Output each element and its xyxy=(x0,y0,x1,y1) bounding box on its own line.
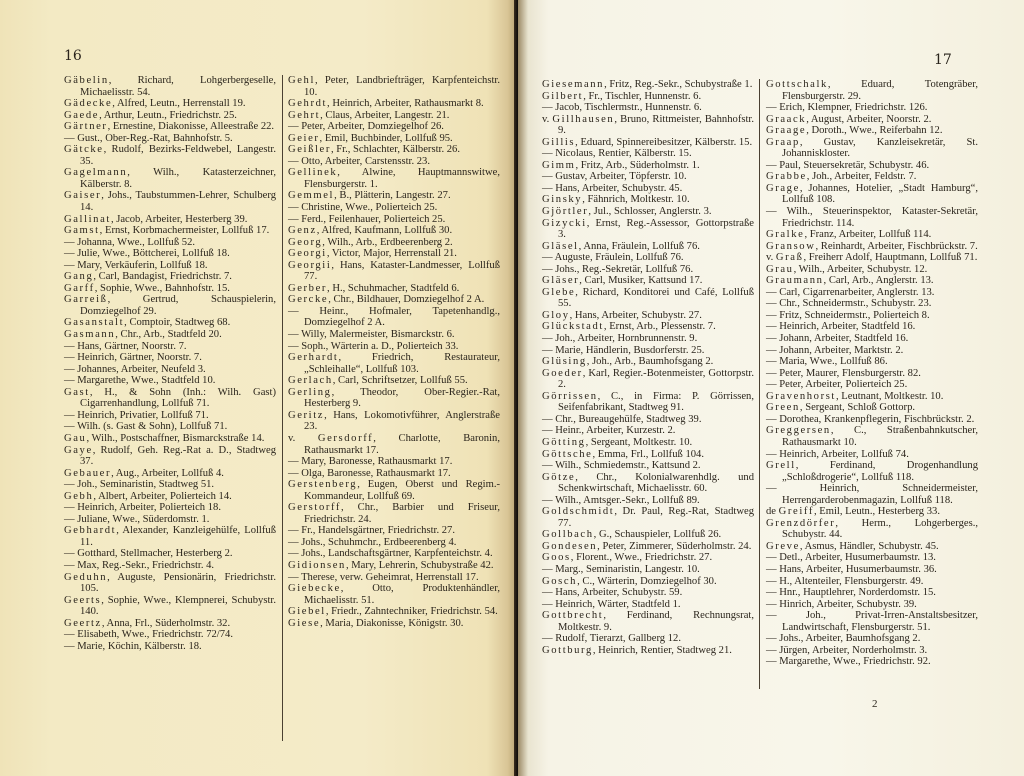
ditto-dash: — xyxy=(542,252,555,263)
directory-entry: Göttsche, Emma, Frl., Lollfuß 104. xyxy=(542,449,754,461)
ditto-dash: — xyxy=(64,248,77,259)
surname: Geertz xyxy=(64,618,102,629)
entry-details: , Carl, Arb., Anglerstr. 13. xyxy=(824,275,934,286)
directory-entry: — Wilh. (s. Gast & Sohn), Lollfuß 71. xyxy=(64,421,276,433)
surname: Geerts xyxy=(64,595,101,606)
directory-entry: Geerts, Sophie, Wwe., Klempnerei, Schuby… xyxy=(64,595,276,618)
entry-details: , Carl, Bandagist, Friedrichstr. 7. xyxy=(93,271,232,282)
surname: Gransow xyxy=(766,241,815,252)
ditto-dash: — xyxy=(766,599,779,610)
entry-details: Joh., Arbeiter, Hornbrunnenstr. 9. xyxy=(555,333,697,344)
directory-column-2: Gehl, Peter, Landbriefträger, Karpfentei… xyxy=(288,75,500,629)
surname: Gondesen xyxy=(542,541,597,552)
surname: Gillis xyxy=(542,137,575,148)
directory-entry: Gaye, Rudolf, Geh. Reg.-Rat a. D., Stadt… xyxy=(64,445,276,468)
entry-details: Gust., Ober-Reg.-Rat, Bahnhofstr. 5. xyxy=(77,133,232,144)
directory-entry: — Heinr., Hofmaler, Tapetenhandlg., Domz… xyxy=(288,306,500,329)
ditto-dash: — xyxy=(766,576,779,587)
entry-details: Hans, Arbeiter, Schubystr. 45. xyxy=(555,183,682,194)
surname: Gaye xyxy=(64,445,93,456)
ditto-dash: — xyxy=(766,287,779,298)
directory-entry: — Margarethe, Wwe., Friedrichstr. 92. xyxy=(766,656,978,668)
directory-entry: Götting, Sergeant, Moltkestr. 10. xyxy=(542,437,754,449)
ditto-dash: — xyxy=(288,156,301,167)
ditto-dash: — xyxy=(64,514,77,525)
directory-entry: — Max, Reg.-Sekr., Friedrichstr. 4. xyxy=(64,560,276,572)
entry-details: Heinrich, Gärtner, Noorstr. 7. xyxy=(77,352,202,363)
surname: Gärtner xyxy=(64,121,108,132)
ditto-dash: — xyxy=(542,587,555,598)
directory-entry: Gamst, Ernst, Korbmachermeister, Lollfuß… xyxy=(64,225,276,237)
ditto-dash: — xyxy=(64,237,77,248)
surname: Graack xyxy=(766,114,806,125)
surname: Gäbelin xyxy=(64,75,109,86)
entry-details: , Asmus, Händler, Schubystr. 45. xyxy=(800,541,939,552)
entry-details: , Claus, Arbeiter, Langestr. 21. xyxy=(320,110,449,121)
directory-entry: Gottschalk, Eduard, Totengräber, Flensbu… xyxy=(766,79,978,102)
surname: Gollbach xyxy=(542,529,594,540)
directory-entry: — Heinrich, Schneidermeister, Herrengard… xyxy=(766,483,978,506)
surname: Garreiß xyxy=(64,294,108,305)
directory-entry: — Dorothea, Krankenpflegerin, Fischbrück… xyxy=(766,414,978,426)
directory-entry: — Margarethe, Wwe., Stadtfeld 10. xyxy=(64,375,276,387)
directory-entry: Gebh, Albert, Arbeiter, Polierteich 14. xyxy=(64,491,276,503)
entry-details: Elisabeth, Wwe., Friedrichstr. 72/74. xyxy=(77,629,233,640)
entry-details: , Wilh., Arb., Erdbeerenberg 2. xyxy=(322,237,452,248)
directory-entry: Gimm, Fritz, Arb., Süderholmstr. 1. xyxy=(542,160,754,172)
surname: Gerstenberg xyxy=(288,479,357,490)
directory-entry: Garreiß, Gertrud, Schauspielerin, Domzie… xyxy=(64,294,276,317)
directory-entry: — Heinrich, Privatier, Lollfuß 71. xyxy=(64,410,276,422)
ditto-dash: — xyxy=(288,548,301,559)
entry-details: Willy, Malermeister, Bismarckstr. 6. xyxy=(301,329,455,340)
name-prefix: v. xyxy=(766,252,776,263)
directory-entry: Gädecke, Alfred, Leutn., Herrenstall 19. xyxy=(64,98,276,110)
entry-details: H., Altenteiler, Flensburgerstr. 49. xyxy=(779,576,923,587)
directory-entry: v. Gillhausen, Bruno, Rittmeister, Bahnh… xyxy=(542,114,754,137)
entry-details: , Chr., Bildhauer, Domziegelhof 2 A. xyxy=(328,294,484,305)
entry-details: Heinrich, Arbeiter, Polierteich 18. xyxy=(77,502,221,513)
surname: Geduhn xyxy=(64,572,107,583)
page-number-left: 16 xyxy=(64,48,82,64)
entry-details: Fritz, Schneidermstr., Polierteich 8. xyxy=(779,310,929,321)
directory-entry: — Johann, Arbeiter, Marktstr. 2. xyxy=(766,345,978,357)
ditto-dash: — xyxy=(288,306,319,317)
directory-entry: — Hinrich, Arbeiter, Schubystr. 39. xyxy=(766,599,978,611)
surname: Gasmann xyxy=(64,329,115,340)
directory-entry: Geduhn, Auguste, Pensionärin, Friedrichs… xyxy=(64,572,276,595)
directory-entry: Grabbe, Joh., Arbeiter, Feldstr. 7. xyxy=(766,171,978,183)
directory-entry: Gjörtler, Jul., Schlosser, Anglerstr. 3. xyxy=(542,206,754,218)
entry-details: Wilh., Steuerinspektor, Kataster-Sekretä… xyxy=(782,206,978,229)
directory-entry: Gemmel, B., Plätterin, Langestr. 27. xyxy=(288,190,500,202)
surname: Green xyxy=(766,402,800,413)
entry-details: , B., Plätterin, Langestr. 27. xyxy=(334,190,451,201)
directory-entry: Geißler, Fr., Schlachter, Kälberstr. 26. xyxy=(288,144,500,156)
directory-entry: — Marie, Händlerin, Busdorferstr. 25. xyxy=(542,345,754,357)
ditto-dash: — xyxy=(542,495,555,506)
surname: Görrissen xyxy=(542,391,598,402)
entry-details: Marie, Köchin, Kälberstr. 18. xyxy=(77,641,201,652)
entry-details: , Richard, Konditorei und Café, Lollfuß … xyxy=(558,287,754,310)
directory-entry: — Joh., Arbeiter, Hornbrunnenstr. 9. xyxy=(542,333,754,345)
entry-details: Otto, Arbeiter, Carstensstr. 23. xyxy=(301,156,430,167)
surname: Gercke xyxy=(288,294,328,305)
entry-details: Jürgen, Arbeiter, Norderholmstr. 3. xyxy=(779,645,927,656)
directory-entry: — Marie, Köchin, Kälberstr. 18. xyxy=(64,641,276,653)
surname: Gidionsen xyxy=(288,560,346,571)
directory-entry: — Gust., Ober-Reg.-Rat, Bahnhofstr. 5. xyxy=(64,133,276,145)
surname: Gebh xyxy=(64,491,93,502)
directory-entry: — Heinrich, Arbeiter, Polierteich 18. xyxy=(64,502,276,514)
directory-entry: Gottburg, Heinrich, Rentier, Stadtweg 21… xyxy=(542,645,754,657)
entry-details: , Ernst, Reg.-Assessor, Gottorpstraße 3. xyxy=(558,218,754,241)
directory-entry: — Jürgen, Arbeiter, Norderholmstr. 3. xyxy=(766,645,978,657)
directory-entry: Graage, Doroth., Wwe., Reiferbahn 12. xyxy=(766,125,978,137)
ditto-dash: — xyxy=(542,183,555,194)
directory-entry: Gloy, Hans, Arbeiter, Schubystr. 27. xyxy=(542,310,754,322)
directory-entry: — Peter, Arbeiter, Domziegelhof 26. xyxy=(288,121,500,133)
entry-details: , C., Wärterin, Domziegelhof 30. xyxy=(577,576,717,587)
directory-entry: — Mary, Verkäuferin, Lollfuß 18. xyxy=(64,260,276,272)
entry-details: Johs., Arbeiter, Baumhofsgang 2. xyxy=(779,633,920,644)
entry-details: , Wilh., Postschaffner, Bismarckstraße 1… xyxy=(86,433,264,444)
directory-entry: Gehl, Peter, Landbriefträger, Karpfentei… xyxy=(288,75,500,98)
surname: Giese xyxy=(288,618,320,629)
directory-entry: Gidionsen, Mary, Lehrerin, Schubystraße … xyxy=(288,560,500,572)
ditto-dash: — xyxy=(766,414,779,425)
entry-details: Joh., Privat-Irren-Anstaltsbesitzer, Lan… xyxy=(782,610,978,633)
ditto-dash: — xyxy=(766,321,779,332)
directory-entry: — Johs., Schuhmchr., Erdbeerenberg 4. xyxy=(288,537,500,549)
directory-entry: Gellinek, Alwine, Hauptmannswitwe, Flens… xyxy=(288,167,500,190)
entry-details: Jacob, Tischlermstr., Hunnenstr. 6. xyxy=(555,102,702,113)
ditto-dash: — xyxy=(64,341,77,352)
entry-details: Fr., Handelsgärtner, Friedrichstr. 27. xyxy=(301,525,455,536)
directory-entry: — Peter, Maurer, Flensburgerstr. 82. xyxy=(766,368,978,380)
name-prefix: v. xyxy=(542,114,552,125)
ditto-dash: — xyxy=(288,468,301,479)
directory-entry: — H., Altenteiler, Flensburgerstr. 49. xyxy=(766,576,978,588)
directory-entry: — Joh., Privat-Irren-Anstaltsbesitzer, L… xyxy=(766,610,978,633)
directory-entry: — Elisabeth, Wwe., Friedrichstr. 72/74. xyxy=(64,629,276,641)
entry-details: Heinrich, Arbeiter, Stadtfeld 16. xyxy=(779,321,915,332)
entry-details: , Karl, Regier.-Botenmeister, Gottorpstr… xyxy=(558,368,754,391)
entry-details: , Sophie, Wwe., Klempnerei, Schubystr. 1… xyxy=(80,595,276,618)
directory-entry: — Heinrich, Wärter, Stadtfeld 1. xyxy=(542,599,754,611)
directory-entry: — Hans, Arbeiter, Husumerbaumstr. 36. xyxy=(766,564,978,576)
ditto-dash: — xyxy=(64,260,77,271)
directory-entry: — Olga, Baronesse, Rathausmarkt 17. xyxy=(288,468,500,480)
entry-details: , Gertrud, Schauspielerin, Domziegelhof … xyxy=(80,294,276,317)
directory-entry: Gerstenberg, Eugen, Oberst und Regim.-Ko… xyxy=(288,479,500,502)
directory-entry: Graack, August, Arbeiter, Noorstr. 2. xyxy=(766,114,978,126)
entry-details: , Florent., Wwe., Friedrichstr. 27. xyxy=(571,552,712,563)
surname: Gätcke xyxy=(64,144,104,155)
directory-entry: Götze, Chr., Kolonialwarenhdlg. und Sche… xyxy=(542,472,754,495)
surname: Gehl xyxy=(288,75,315,86)
directory-entry: — Detl., Arbeiter, Husumerbaumstr. 13. xyxy=(766,552,978,564)
directory-entry: Gralke, Franz, Arbeiter, Lollfuß 114. xyxy=(766,229,978,241)
entry-details: , Reinhardt, Arbeiter, Fischbrückstr. 7. xyxy=(815,241,977,252)
directory-entry: Glebe, Richard, Konditorei und Café, Lol… xyxy=(542,287,754,310)
entry-details: , Mary, Lehrerin, Schubystraße 42. xyxy=(346,560,494,571)
directory-entry: Gäbelin, Richard, Lohgerbergeselle, Mich… xyxy=(64,75,276,98)
surname: Gallinat xyxy=(64,214,111,225)
surname: Gläser xyxy=(542,275,579,286)
surname: Gehrt xyxy=(288,110,320,121)
directory-entry: Gondesen, Peter, Zimmerer, Süderholmstr.… xyxy=(542,541,754,553)
entry-details: , Anna, Fräulein, Lollfuß 76. xyxy=(579,241,700,252)
directory-entry: — Wilh., Amtsger.-Sekr., Lollfuß 89. xyxy=(542,495,754,507)
entry-details: Therese, verw. Geheimrat, Herrenstall 17… xyxy=(301,572,479,583)
directory-entry: — Heinrich, Arbeiter, Stadtfeld 16. xyxy=(766,321,978,333)
directory-entry: Gebauer, Aug., Arbeiter, Lollfuß 4. xyxy=(64,468,276,480)
entry-details: , Fr., Tischler, Hunnenstr. 6. xyxy=(583,91,701,102)
ditto-dash: — xyxy=(288,214,301,225)
ditto-dash: — xyxy=(64,364,77,375)
ditto-dash: — xyxy=(288,329,301,340)
ditto-dash: — xyxy=(766,656,779,667)
entry-details: Hinrich, Arbeiter, Schubystr. 39. xyxy=(779,599,917,610)
surname: Giebecke xyxy=(288,583,341,594)
ditto-dash: — xyxy=(64,479,77,490)
directory-entry: Glückstadt, Ernst, Arb., Plessenstr. 7. xyxy=(542,321,754,333)
directory-entry: — Heinrich, Gärtner, Noorstr. 7. xyxy=(64,352,276,364)
entry-details: , Auguste, Pensionärin, Friedrichstr. 10… xyxy=(80,572,276,595)
entry-details: Johanna, Wwe., Lollfuß 52. xyxy=(77,237,195,248)
entry-details: , Alfred, Kaufmann, Lollfuß 30. xyxy=(317,225,452,236)
entry-details: , Rudolf, Bezirks-Feldwebel, Langestr. 3… xyxy=(80,144,276,167)
ditto-dash: — xyxy=(766,356,779,367)
entry-details: Nicolaus, Rentier, Kälberstr. 15. xyxy=(555,148,691,159)
surname: Georg xyxy=(288,237,322,248)
surname: Greggersen xyxy=(766,425,831,436)
directory-entry: — Wilh., Schmiedemstr., Kattsund 2. xyxy=(542,460,754,472)
surname: Graage xyxy=(766,125,806,136)
ditto-dash: — xyxy=(766,160,779,171)
surname: Grage xyxy=(766,183,800,194)
entry-details: Heinrich, Arbeiter, Lollfuß 74. xyxy=(779,449,909,460)
directory-entry: Giesemann, Fritz, Reg.-Sekr., Schubystra… xyxy=(542,79,754,91)
entry-details: Christine, Wwe., Polierteich 25. xyxy=(301,202,437,213)
directory-entry: — Mary, Baronesse, Rathausmarkt 17. xyxy=(288,456,500,468)
directory-entry: — Soph., Wärterin a. D., Polierteich 33. xyxy=(288,341,500,353)
entry-details: Wilh., Schmiedemstr., Kattsund 2. xyxy=(555,460,701,471)
entry-details: Wilh., Amtsger.-Sekr., Lollfuß 89. xyxy=(555,495,700,506)
directory-entry: Gagelmann, Wilh., Katasterzeichner, Kälb… xyxy=(64,167,276,190)
directory-entry: Greggersen, C., Straßenbahnkutscher, Rat… xyxy=(766,425,978,448)
entry-details: , Anna, Frl., Süderholmstr. 32. xyxy=(102,618,230,629)
entry-details: , Johs., Taubstummen-Lehrer, Schulberg 1… xyxy=(80,190,276,213)
directory-entry: Grell, Ferdinand, Drogenhandlung „Schloß… xyxy=(766,460,978,483)
directory-entry: Gaede, Arthur, Leutn., Friedrichstr. 25. xyxy=(64,110,276,122)
entry-details: , Peter, Zimmerer, Süderholmstr. 24. xyxy=(597,541,751,552)
entry-details: , Victor, Major, Herrenstall 21. xyxy=(327,248,457,259)
surname: Gerber xyxy=(288,283,327,294)
directory-entry: Green, Sergeant, Schloß Gottorp. xyxy=(766,402,978,414)
directory-entry: Gasmann, Chr., Arb., Stadtfeld 20. xyxy=(64,329,276,341)
entry-details: , Friedr., Zahntechniker, Friedrichstr. … xyxy=(326,606,498,617)
surname: Grell xyxy=(766,460,796,471)
entry-details: , Fritz, Reg.-Sekr., Schubystraße 1. xyxy=(604,79,752,90)
directory-entry: Gillis, Eduard, Spinnereibesitzer, Kälbe… xyxy=(542,137,754,149)
entry-details: , Aug., Arbeiter, Lollfuß 4. xyxy=(111,468,224,479)
entry-details: Carl, Cigarrenarbeiter, Anglerstr. 13. xyxy=(779,287,934,298)
entry-details: , Carl, Musiker, Kattsund 17. xyxy=(579,275,702,286)
surname: Georgi xyxy=(288,248,327,259)
directory-entry: Gottbrecht, Ferdinand, Rechnungsrat, Mol… xyxy=(542,610,754,633)
directory-entry: — Willy, Malermeister, Bismarckstr. 6. xyxy=(288,329,500,341)
directory-column-1: Gäbelin, Richard, Lohgerbergeselle, Mich… xyxy=(64,75,276,652)
ditto-dash: — xyxy=(542,345,555,356)
entry-details: Mary, Baronesse, Rathausmarkt 17. xyxy=(301,456,452,467)
entry-details: , Richard, Lohgerbergeselle, Michaelisst… xyxy=(80,75,276,98)
entry-details: , Emma, Frl., Lollfuß 104. xyxy=(592,449,704,460)
directory-entry: Gehrdt, Heinrich, Arbeiter, Rathausmarkt… xyxy=(288,98,500,110)
surname: Goos xyxy=(542,552,571,563)
ditto-dash: — xyxy=(64,629,77,640)
entry-details: Julie, Wwe., Böttcherei, Lollfuß 18. xyxy=(77,248,230,259)
entry-details: Gotthard, Stellmacher, Hesterberg 2. xyxy=(77,548,232,559)
entry-details: Heinr., Hofmaler, Tapetenhandlg., Domzie… xyxy=(304,306,500,329)
surname: Gilbert xyxy=(542,91,583,102)
directory-entry: Gätcke, Rudolf, Bezirks-Feldwebel, Lange… xyxy=(64,144,276,167)
entry-details: , Theodor, Ober-Regier.-Rat, Hesterberg … xyxy=(304,387,500,410)
entry-details: , Joh., Arb., Baumhofsgang 2. xyxy=(587,356,714,367)
directory-entry: — Juliane, Wwe., Süderdomstr. 1. xyxy=(64,514,276,526)
entry-details: , Joh., Arbeiter, Feldstr. 7. xyxy=(807,171,917,182)
directory-entry: — Gotthard, Stellmacher, Hesterberg 2. xyxy=(64,548,276,560)
ditto-dash: — xyxy=(766,645,779,656)
directory-entry: — Johanna, Wwe., Lollfuß 52. xyxy=(64,237,276,249)
entry-details: , Jacob, Arbeiter, Hesterberg 39. xyxy=(111,214,247,225)
directory-entry: Gau, Wilh., Postschaffner, Bismarckstraß… xyxy=(64,433,276,445)
entry-details: Hnr., Hauptlehrer, Norderdomstr. 15. xyxy=(779,587,936,598)
directory-entry: — Fr., Handelsgärtner, Friedrichstr. 27. xyxy=(288,525,500,537)
ditto-dash: — xyxy=(288,456,301,467)
directory-entry: de Greiff, Emil, Leutn., Hesterberg 33. xyxy=(766,506,978,518)
entry-details: , Ernst, Arb., Plessenstr. 7. xyxy=(604,321,716,332)
ditto-dash: — xyxy=(766,345,779,356)
directory-entry: Ginsky, Fähnrich, Moltkestr. 10. xyxy=(542,194,754,206)
entry-details: Johannes, Arbeiter, Neufeld 3. xyxy=(77,364,205,375)
directory-entry: — Heinrich, Arbeiter, Lollfuß 74. xyxy=(766,449,978,461)
directory-entry: Gehrt, Claus, Arbeiter, Langestr. 21. xyxy=(288,110,500,122)
surname: Gebhardt xyxy=(64,525,116,536)
directory-entry: — Gustav, Arbeiter, Töpferstr. 10. xyxy=(542,171,754,183)
ditto-dash: — xyxy=(542,633,555,644)
entry-details: , Wilh., Arbeiter, Schubystr. 12. xyxy=(794,264,928,275)
surname: Gottschalk xyxy=(766,79,828,90)
entry-details: , Johannes, Hotelier, „Stadt Hamburg“, L… xyxy=(782,183,978,206)
surname: Gast xyxy=(64,387,90,398)
entry-details: Wilh. (s. Gast & Sohn), Lollfuß 71. xyxy=(77,421,227,432)
ditto-dash: — xyxy=(766,483,820,494)
ditto-dash: — xyxy=(64,560,77,571)
entry-details: Juliane, Wwe., Süderdomstr. 1. xyxy=(77,514,209,525)
surname: Graap xyxy=(766,137,800,148)
surname: Gehrdt xyxy=(288,98,327,109)
entry-details: Joh., Seminaristin, Stadtweg 51. xyxy=(77,479,214,490)
surname: Gebauer xyxy=(64,468,111,479)
entry-details: , Hans, Arbeiter, Schubystr. 27. xyxy=(570,310,702,321)
entry-details: , Ferdinand, Drogenhandlung „Schloßdroge… xyxy=(782,460,978,483)
entry-details: Auguste, Fräulein, Lollfuß 76. xyxy=(555,252,684,263)
entry-details: , Ernestine, Diakonisse, Alleestraße 22. xyxy=(108,121,275,132)
signature-mark: 2 xyxy=(872,698,878,710)
directory-entry: Gang, Carl, Bandagist, Friedrichstr. 7. xyxy=(64,271,276,283)
directory-entry: — Chr., Schneidermstr., Schubystr. 23. xyxy=(766,298,978,310)
directory-entry: Giebel, Friedr., Zahntechniker, Friedric… xyxy=(288,606,500,618)
surname: Götting xyxy=(542,437,586,448)
ditto-dash: — xyxy=(542,414,555,425)
directory-entry: Geritz, Hans, Lokomotivführer, Anglerstr… xyxy=(288,410,500,433)
ditto-dash: — xyxy=(542,564,555,575)
directory-entry: — Christine, Wwe., Polierteich 25. xyxy=(288,202,500,214)
directory-entry: — Julie, Wwe., Böttcherei, Lollfuß 18. xyxy=(64,248,276,260)
ditto-dash: — xyxy=(64,548,77,559)
surname: Gottbrecht xyxy=(542,610,603,621)
ditto-dash: — xyxy=(766,379,779,390)
directory-entry: Gosch, C., Wärterin, Domziegelhof 30. xyxy=(542,576,754,588)
directory-entry: Gerling, Theodor, Ober-Regier.-Rat, Hest… xyxy=(288,387,500,410)
entry-details: Max, Reg.-Sekr., Friedrichstr. 4. xyxy=(77,560,214,571)
ditto-dash: — xyxy=(64,352,77,363)
directory-entry: — Peter, Arbeiter, Polierteich 25. xyxy=(766,379,978,391)
surname: Gosch xyxy=(542,576,577,587)
surname: Goeder xyxy=(542,368,583,379)
surname: Greve xyxy=(766,541,800,552)
surname: Gimm xyxy=(542,160,575,171)
right-page: 17 Giesemann, Fritz, Reg.-Sekr., Schubys… xyxy=(518,0,1024,776)
directory-entry: — Hnr., Hauptlehrer, Norderdomstr. 15. xyxy=(766,587,978,599)
ditto-dash: — xyxy=(766,333,779,344)
surname: Gaede xyxy=(64,110,99,121)
directory-entry: — Johs., Reg.-Sekretär, Lollfuß 76. xyxy=(542,264,754,276)
directory-entry: Georgi, Victor, Major, Herrenstall 21. xyxy=(288,248,500,260)
directory-entry: Gransow, Reinhardt, Arbeiter, Fischbrück… xyxy=(766,241,978,253)
directory-entry: Gizycki, Ernst, Reg.-Assessor, Gottorpst… xyxy=(542,218,754,241)
ditto-dash: — xyxy=(542,148,555,159)
entry-details: Paul, Steuersekretär, Schubystr. 46. xyxy=(779,160,929,171)
surname: Gloy xyxy=(542,310,570,321)
directory-entry: Goeder, Karl, Regier.-Botenmeister, Gott… xyxy=(542,368,754,391)
directory-entry: — Ferd., Feilenhauer, Polierteich 25. xyxy=(288,214,500,226)
ditto-dash: — xyxy=(64,375,77,386)
entry-details: Maria, Wwe., Lollfuß 86. xyxy=(779,356,887,367)
surname: Geier xyxy=(288,133,320,144)
ditto-dash: — xyxy=(766,552,779,563)
directory-entry: Georgii, Hans, Kataster-Landmesser, Loll… xyxy=(288,260,500,283)
ditto-dash: — xyxy=(542,102,555,113)
directory-entry: Glüsing, Joh., Arb., Baumhofsgang 2. xyxy=(542,356,754,368)
entry-details: , Jul., Schlosser, Anglerstr. 3. xyxy=(588,206,711,217)
entry-details: , Fritz, Arb., Süderholmstr. 1. xyxy=(575,160,699,171)
surname: Gjörtler xyxy=(542,206,588,217)
directory-entry: — Carl, Cigarrenarbeiter, Anglerstr. 13. xyxy=(766,287,978,299)
ditto-dash: — xyxy=(542,599,555,610)
directory-entry: — Johs., Landschaftsgärtner, Karpfenteic… xyxy=(288,548,500,560)
directory-entry: — Johann, Arbeiter, Stadtfeld 16. xyxy=(766,333,978,345)
surname: Gizycki xyxy=(542,218,587,229)
directory-entry: — Rudolf, Tierarzt, Gallberg 12. xyxy=(542,633,754,645)
surname: Goldschmidt xyxy=(542,506,614,517)
surname: Gerling xyxy=(288,387,332,398)
ditto-dash: — xyxy=(766,206,787,217)
surname: Gamst xyxy=(64,225,100,236)
surname: Giesemann xyxy=(542,79,604,90)
